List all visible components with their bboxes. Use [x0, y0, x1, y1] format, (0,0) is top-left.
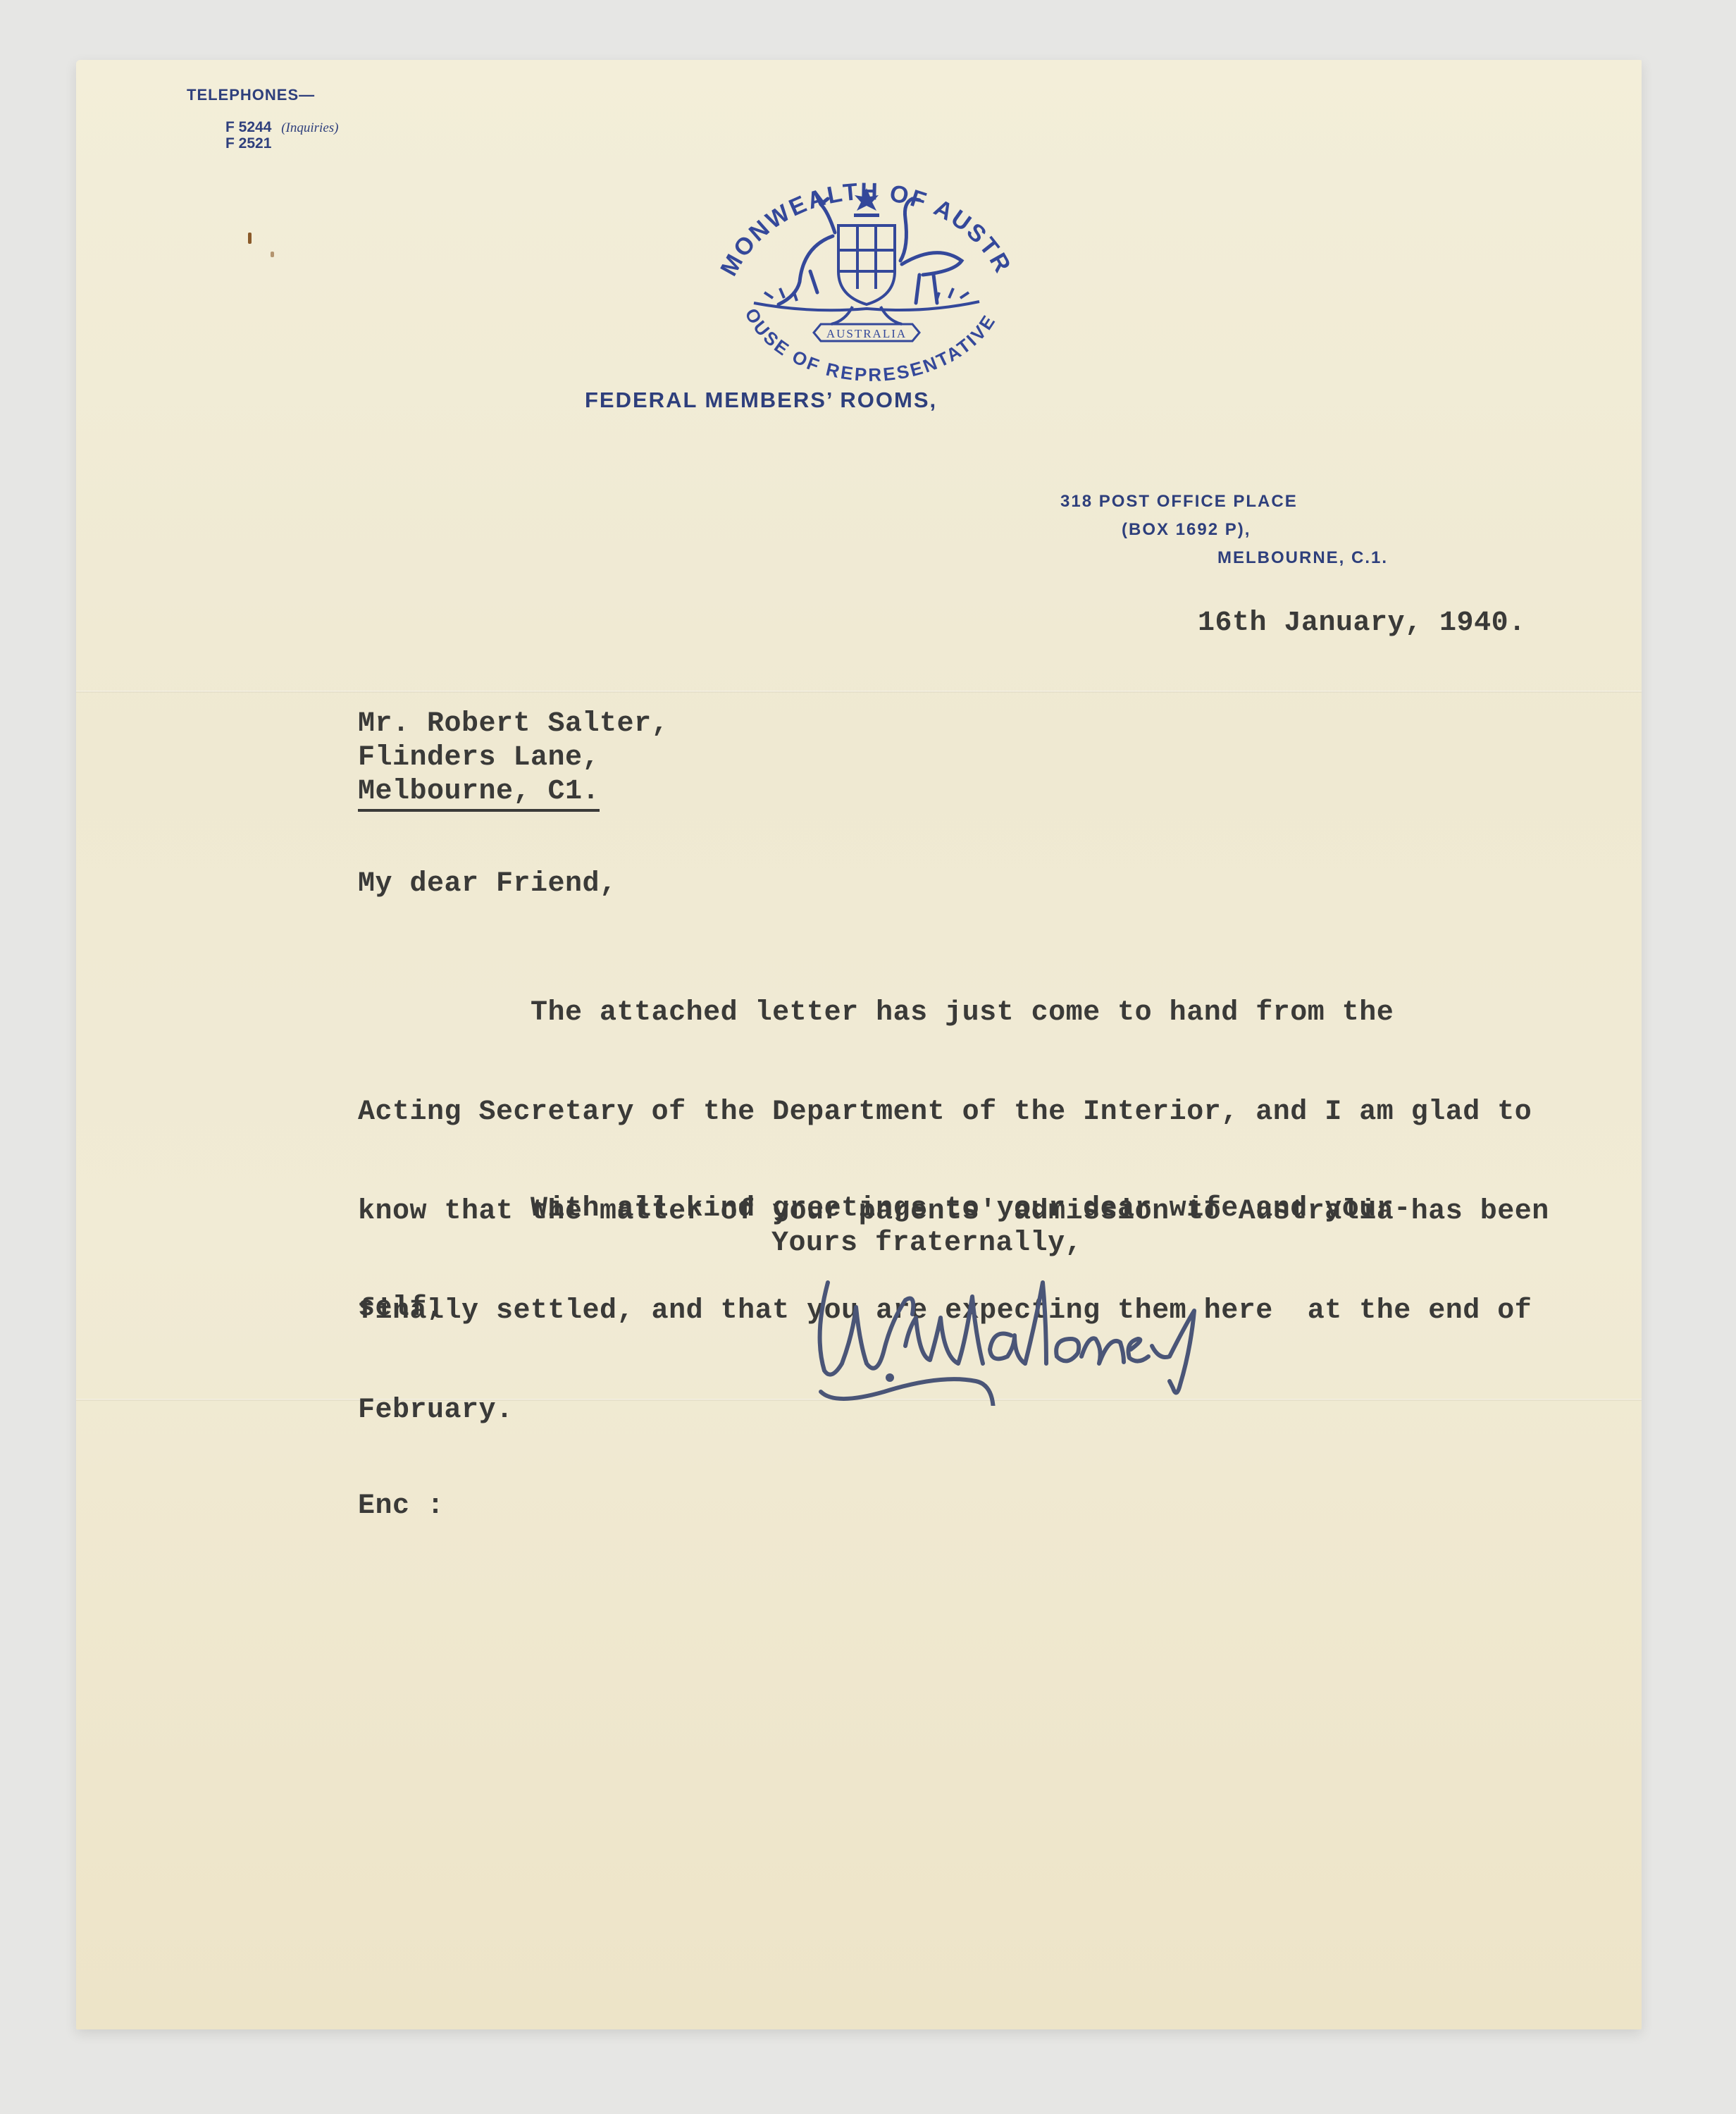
salutation: My dear Friend,	[358, 868, 617, 900]
phone-note: (Inquiries)	[281, 120, 338, 135]
svg-text:AUSTRALIA: AUSTRALIA	[826, 327, 907, 340]
telephones-label: TELEPHONES—	[187, 86, 315, 104]
address-line-3: MELBOURNE, C.1.	[1217, 548, 1388, 568]
address-line-1: 318 POST OFFICE PLACE	[1060, 492, 1298, 512]
enclosure-note: Enc :	[358, 1490, 445, 1522]
telephone-numbers: F 5244 (Inquiries) F 2521	[225, 120, 339, 152]
handwritten-signature-icon: W. Maloney	[800, 1258, 1222, 1406]
phone-number: F 5244	[225, 119, 271, 135]
phone-number: F 2521	[225, 135, 271, 152]
phone-line: F 5244 (Inquiries)	[225, 120, 339, 136]
address-line-2: (BOX 1692 P),	[1122, 520, 1251, 540]
svg-text:COMMONWEALTH OF AUSTRALIA: COMMONWEALTH OF AUSTRALIA	[641, 120, 1017, 280]
closing: Yours fraternally,	[771, 1228, 1082, 1259]
letter-date: 16th January, 1940.	[1198, 607, 1526, 639]
recipient-city: Melbourne, C1.	[358, 776, 600, 808]
fold-line-upper	[76, 691, 1642, 693]
office-name: FEDERAL MEMBERS’ ROOMS,	[585, 388, 937, 413]
recipient-city-text: Melbourne, C1.	[358, 776, 600, 812]
recipient-name: Mr. Robert Salter,	[358, 708, 669, 740]
commonwealth-coat-of-arms-icon: COMMONWEALTH OF AUSTRALIA HOUSE OF REPRE…	[641, 120, 1092, 402]
body-line: With all kind greetings to your dear wif…	[358, 1192, 1411, 1225]
body-line: Acting Secretary of the Department of th…	[358, 1096, 1549, 1129]
rust-spot	[248, 233, 252, 244]
recipient-street: Flinders Lane,	[358, 742, 600, 774]
body-line: The attached letter has just come to han…	[358, 996, 1549, 1030]
phone-line: F 2521	[225, 136, 339, 152]
rust-spot	[271, 252, 274, 257]
